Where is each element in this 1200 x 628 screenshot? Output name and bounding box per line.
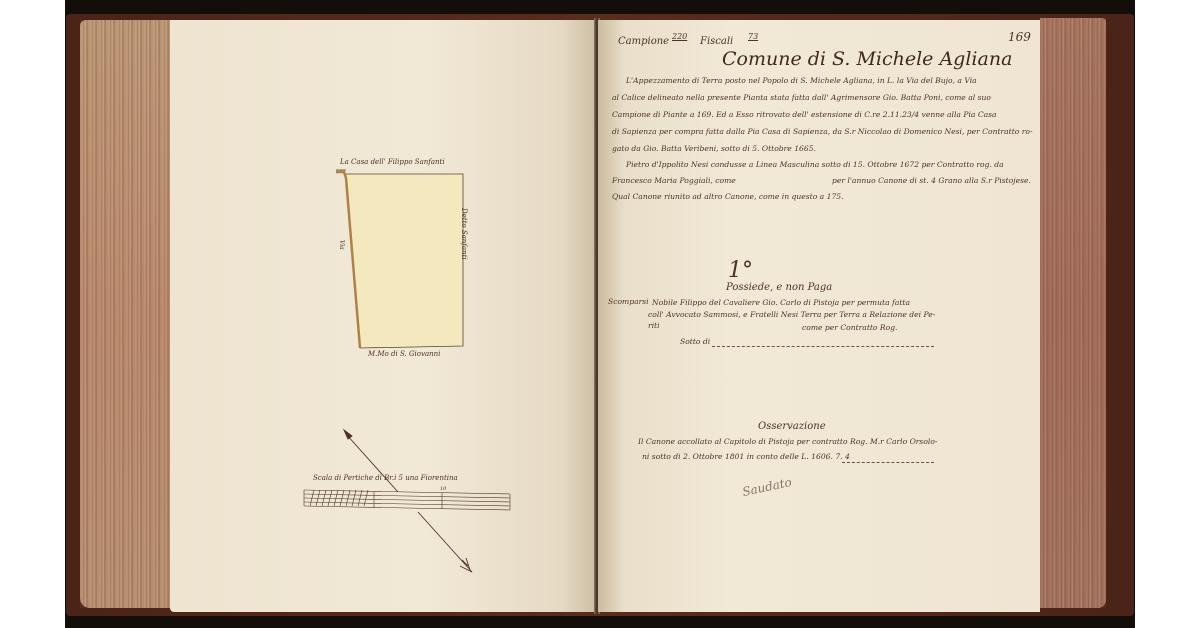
section-numeral: 1° — [728, 258, 753, 283]
fill-rule — [712, 346, 934, 347]
map-label-east: Detto Sanfanti — [460, 208, 468, 260]
text-line: coll' Avvocato Sammosi, e Fratelli Nesi … — [648, 310, 935, 319]
text-line: ni sotto di 2. Ottobre 1801 in conto del… — [642, 452, 850, 461]
document-title: Comune di S. Michele Agliana — [722, 48, 1012, 70]
left-page-block-edges — [80, 20, 170, 608]
section-heading: Possiede, e non Paga — [726, 282, 832, 293]
scale-bar-and-north-arrow — [290, 420, 520, 580]
text-line: gato da Gio. Batta Veribeni, sotto di 5.… — [612, 144, 816, 153]
text-line: Sotto di — [680, 337, 710, 346]
text-line: Campione di Piante a 169. Ed a Esso ritr… — [612, 110, 997, 119]
fascicolo-label: Fiscali — [700, 36, 733, 47]
map-label-north: La Casa dell' Filippo Sanfanti — [340, 158, 445, 166]
scale-tick-label: 10 — [440, 486, 446, 492]
fill-rule — [842, 462, 934, 463]
page-number: 169 — [1008, 30, 1031, 44]
campione-label: Campione — [618, 36, 669, 47]
map-label-south: M.Mo di S. Giovanni — [368, 350, 440, 358]
text-line: Nobile Filippo del Cavaliere Gio. Carlo … — [652, 298, 910, 307]
margin-label: Scomparsi — [608, 297, 649, 306]
campione-value: 220 — [672, 32, 687, 41]
right-page-block-edges — [1040, 18, 1106, 608]
text-line: per l'annuo Canone di st. 4 Grano alla S… — [832, 176, 1031, 185]
scale-bar — [304, 490, 510, 510]
text-line: al Calice delineato nella presente Piant… — [612, 93, 991, 102]
text-line: Pietro d'Ippolito Nesi condusse a Linea … — [626, 160, 1004, 169]
text-line: L'Appezzamento di Terra posto nel Popolo… — [626, 76, 977, 85]
map-label-west: Via — [338, 240, 345, 250]
text-line: come per Contratto Rog. — [802, 323, 897, 332]
text-line: Il Canone accollato al Capitolo di Pisto… — [638, 437, 937, 446]
text-line: Qual Canone riunito ad altro Canone, com… — [612, 192, 844, 201]
fascicolo-value: 73 — [748, 32, 758, 41]
scale-caption: Scala di Pertiche di Br.i 5 una Fiorenti… — [313, 474, 458, 482]
text-line: riti — [648, 321, 660, 330]
text-line: Francesco Maria Poggiali, come — [612, 176, 736, 185]
section-heading: Osservazione — [758, 421, 826, 432]
text-line: di Sapienza per compra fatta dalla Pia C… — [612, 127, 1033, 136]
parcel-map — [336, 170, 463, 352]
